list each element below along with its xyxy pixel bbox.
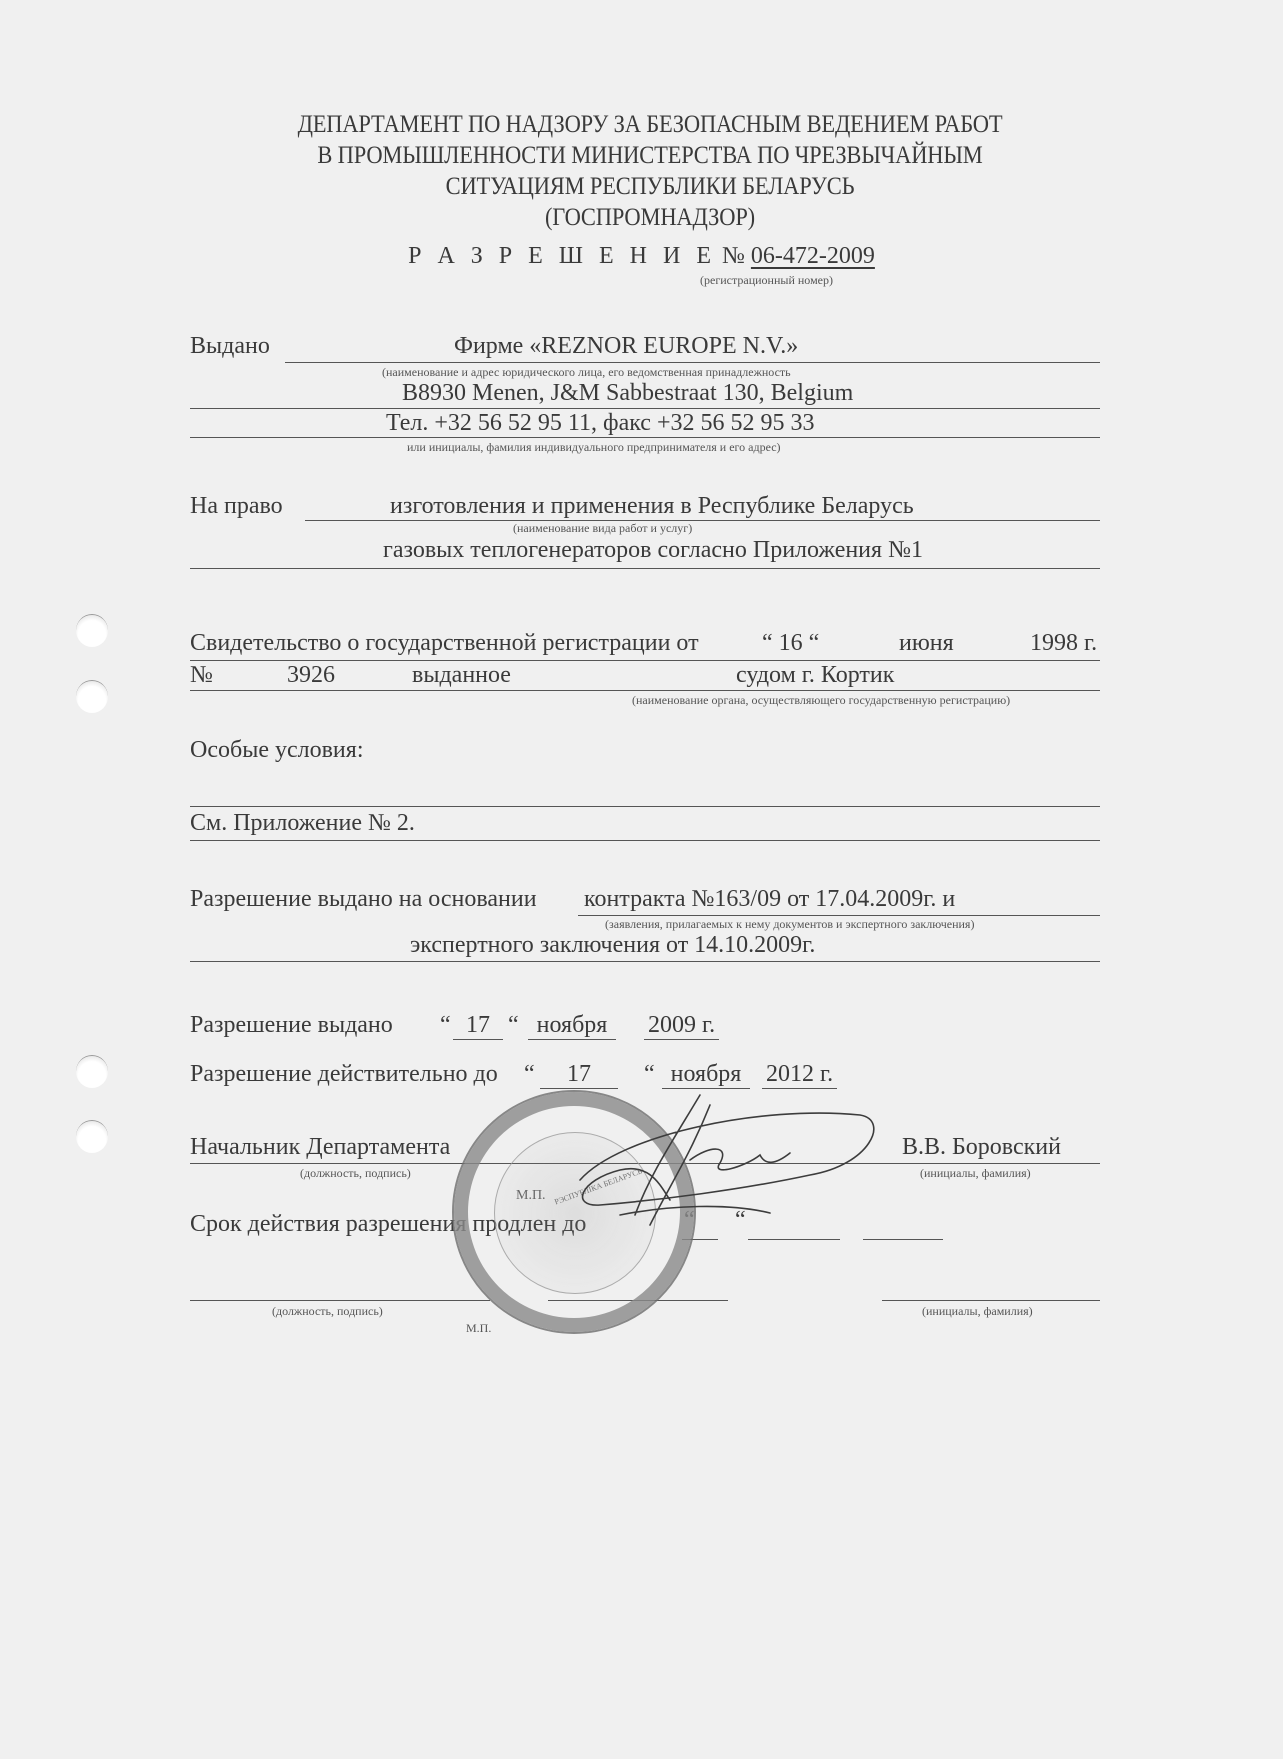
issued-to-name-hint: (наименование и адрес юридического лица,… <box>382 365 791 380</box>
registration-day: “ 16 “ <box>762 630 819 657</box>
issued-to-address: B8930 Menen, J&M Sabbestraat 130, Belgiu… <box>402 380 853 407</box>
issued-to-name: Фирме «REZNOR EUROPE N.V.» <box>454 333 798 360</box>
registration-issued-label: выданное <box>412 662 511 689</box>
valid-until-quote-open: “ <box>524 1061 535 1088</box>
basis-line-2 <box>190 961 1100 962</box>
permit-title-text: Р А З Р Е Ш Е Н И Е <box>408 243 716 269</box>
permit-document: ДЕПАРТАМЕНТ ПО НАДЗОРУ ЗА БЕЗОПАСНЫМ ВЕД… <box>0 0 1283 1759</box>
extension-position-hint: (должность, подпись) <box>272 1304 383 1319</box>
seal-mp-text: М.П. <box>516 1188 546 1204</box>
permit-number-hint: (регистрационный номер) <box>700 273 833 288</box>
registration-issuer-hint: (наименование органа, осуществляющего го… <box>632 693 1010 708</box>
header-line-2: В ПРОМЫШЛЕННОСТИ МИНИСТЕРСТВА ПО ЧРЕЗВЫЧ… <box>227 141 1073 171</box>
signatory-position: Начальник Департамента <box>190 1134 450 1161</box>
phone-line <box>190 437 1100 438</box>
signatory-name-line <box>880 1163 1100 1164</box>
right-line-1 <box>305 520 1100 521</box>
extension-position-line <box>190 1300 490 1301</box>
registration-line <box>190 660 1100 661</box>
issued-date-quote-close: “ <box>508 1012 519 1039</box>
header-line-4: (ГОСПРОМНАДЗОР) <box>227 203 1073 233</box>
punch-hole <box>76 1055 108 1088</box>
issued-to-line <box>285 362 1100 363</box>
issued-date-year: 2009 г. <box>644 1012 719 1040</box>
issued-date-label: Разрешение выдано <box>190 1012 393 1039</box>
registration-number-label: № <box>190 662 213 689</box>
issued-date-month: ноября <box>528 1012 616 1040</box>
issued-date-quote-open: “ <box>440 1012 451 1039</box>
punch-hole <box>76 680 108 713</box>
conditions-label: Особые условия: <box>190 737 363 764</box>
signatory-position-hint: (должность, подпись) <box>300 1166 411 1181</box>
registration-year: 1998 г. <box>1030 630 1097 657</box>
valid-until-label: Разрешение действительно до <box>190 1061 498 1088</box>
registration-month: июня <box>899 630 954 657</box>
conditions-line-2 <box>190 840 1100 841</box>
punch-hole <box>76 1120 108 1153</box>
right-label: На право <box>190 493 283 520</box>
issuer-line <box>190 690 1100 691</box>
permit-title: Р А З Р Е Ш Е Н И Е № 06-472-2009 <box>0 243 1283 270</box>
issued-date-day: 17 <box>453 1012 503 1040</box>
address-line <box>190 408 1100 409</box>
basis-label: Разрешение выдано на основании <box>190 886 537 913</box>
extension-name-line <box>882 1300 1100 1301</box>
conditions-value: См. Приложение № 2. <box>190 810 415 837</box>
conditions-line-1 <box>190 806 1100 807</box>
header-line-1: ДЕПАРТАМЕНТ ПО НАДЗОРУ ЗА БЕЗОПАСНЫМ ВЕД… <box>227 110 1073 140</box>
registration-text: Свидетельство о государственной регистра… <box>190 630 699 657</box>
basis-hint: (заявления, прилагаемых к нему документо… <box>605 917 974 932</box>
basis-line-1 <box>578 915 1100 916</box>
basis-line-1-text: контракта №163/09 от 17.04.2009г. и <box>584 886 955 913</box>
permit-number: 06-472-2009 <box>751 243 875 269</box>
right-hint: (наименование вида работ и услуг) <box>513 521 692 536</box>
extension-name-hint: (инициалы, фамилия) <box>922 1304 1033 1319</box>
signatory-name: В.В. Боровский <box>902 1134 1061 1161</box>
handwritten-signature-icon <box>560 1085 890 1245</box>
registration-number: 3926 <box>287 662 335 689</box>
permit-number-sign: № <box>722 243 745 269</box>
valid-until-quote-close: “ <box>644 1061 655 1088</box>
right-line-1-text: изготовления и применения в Республике Б… <box>390 493 914 520</box>
issued-to-phone: Тел. +32 56 52 95 11, факс +32 56 52 95 … <box>386 410 814 437</box>
punch-hole <box>76 614 108 647</box>
issued-to-address-hint: или инициалы, фамилия индивидуального пр… <box>407 440 781 455</box>
basis-line-2-text: экспертного заключения от 14.10.2009г. <box>410 932 815 959</box>
right-line-2 <box>190 568 1100 569</box>
right-line-2-text: газовых теплогенераторов согласно Прилож… <box>383 537 923 564</box>
header-line-3: СИТУАЦИЯМ РЕСПУБЛИКИ БЕЛАРУСЬ <box>227 172 1073 202</box>
extension-mp: М.П. <box>466 1321 491 1336</box>
signatory-name-hint: (инициалы, фамилия) <box>920 1166 1031 1181</box>
registration-issuer: судом г. Кортик <box>736 662 894 689</box>
issued-to-label: Выдано <box>190 333 270 360</box>
